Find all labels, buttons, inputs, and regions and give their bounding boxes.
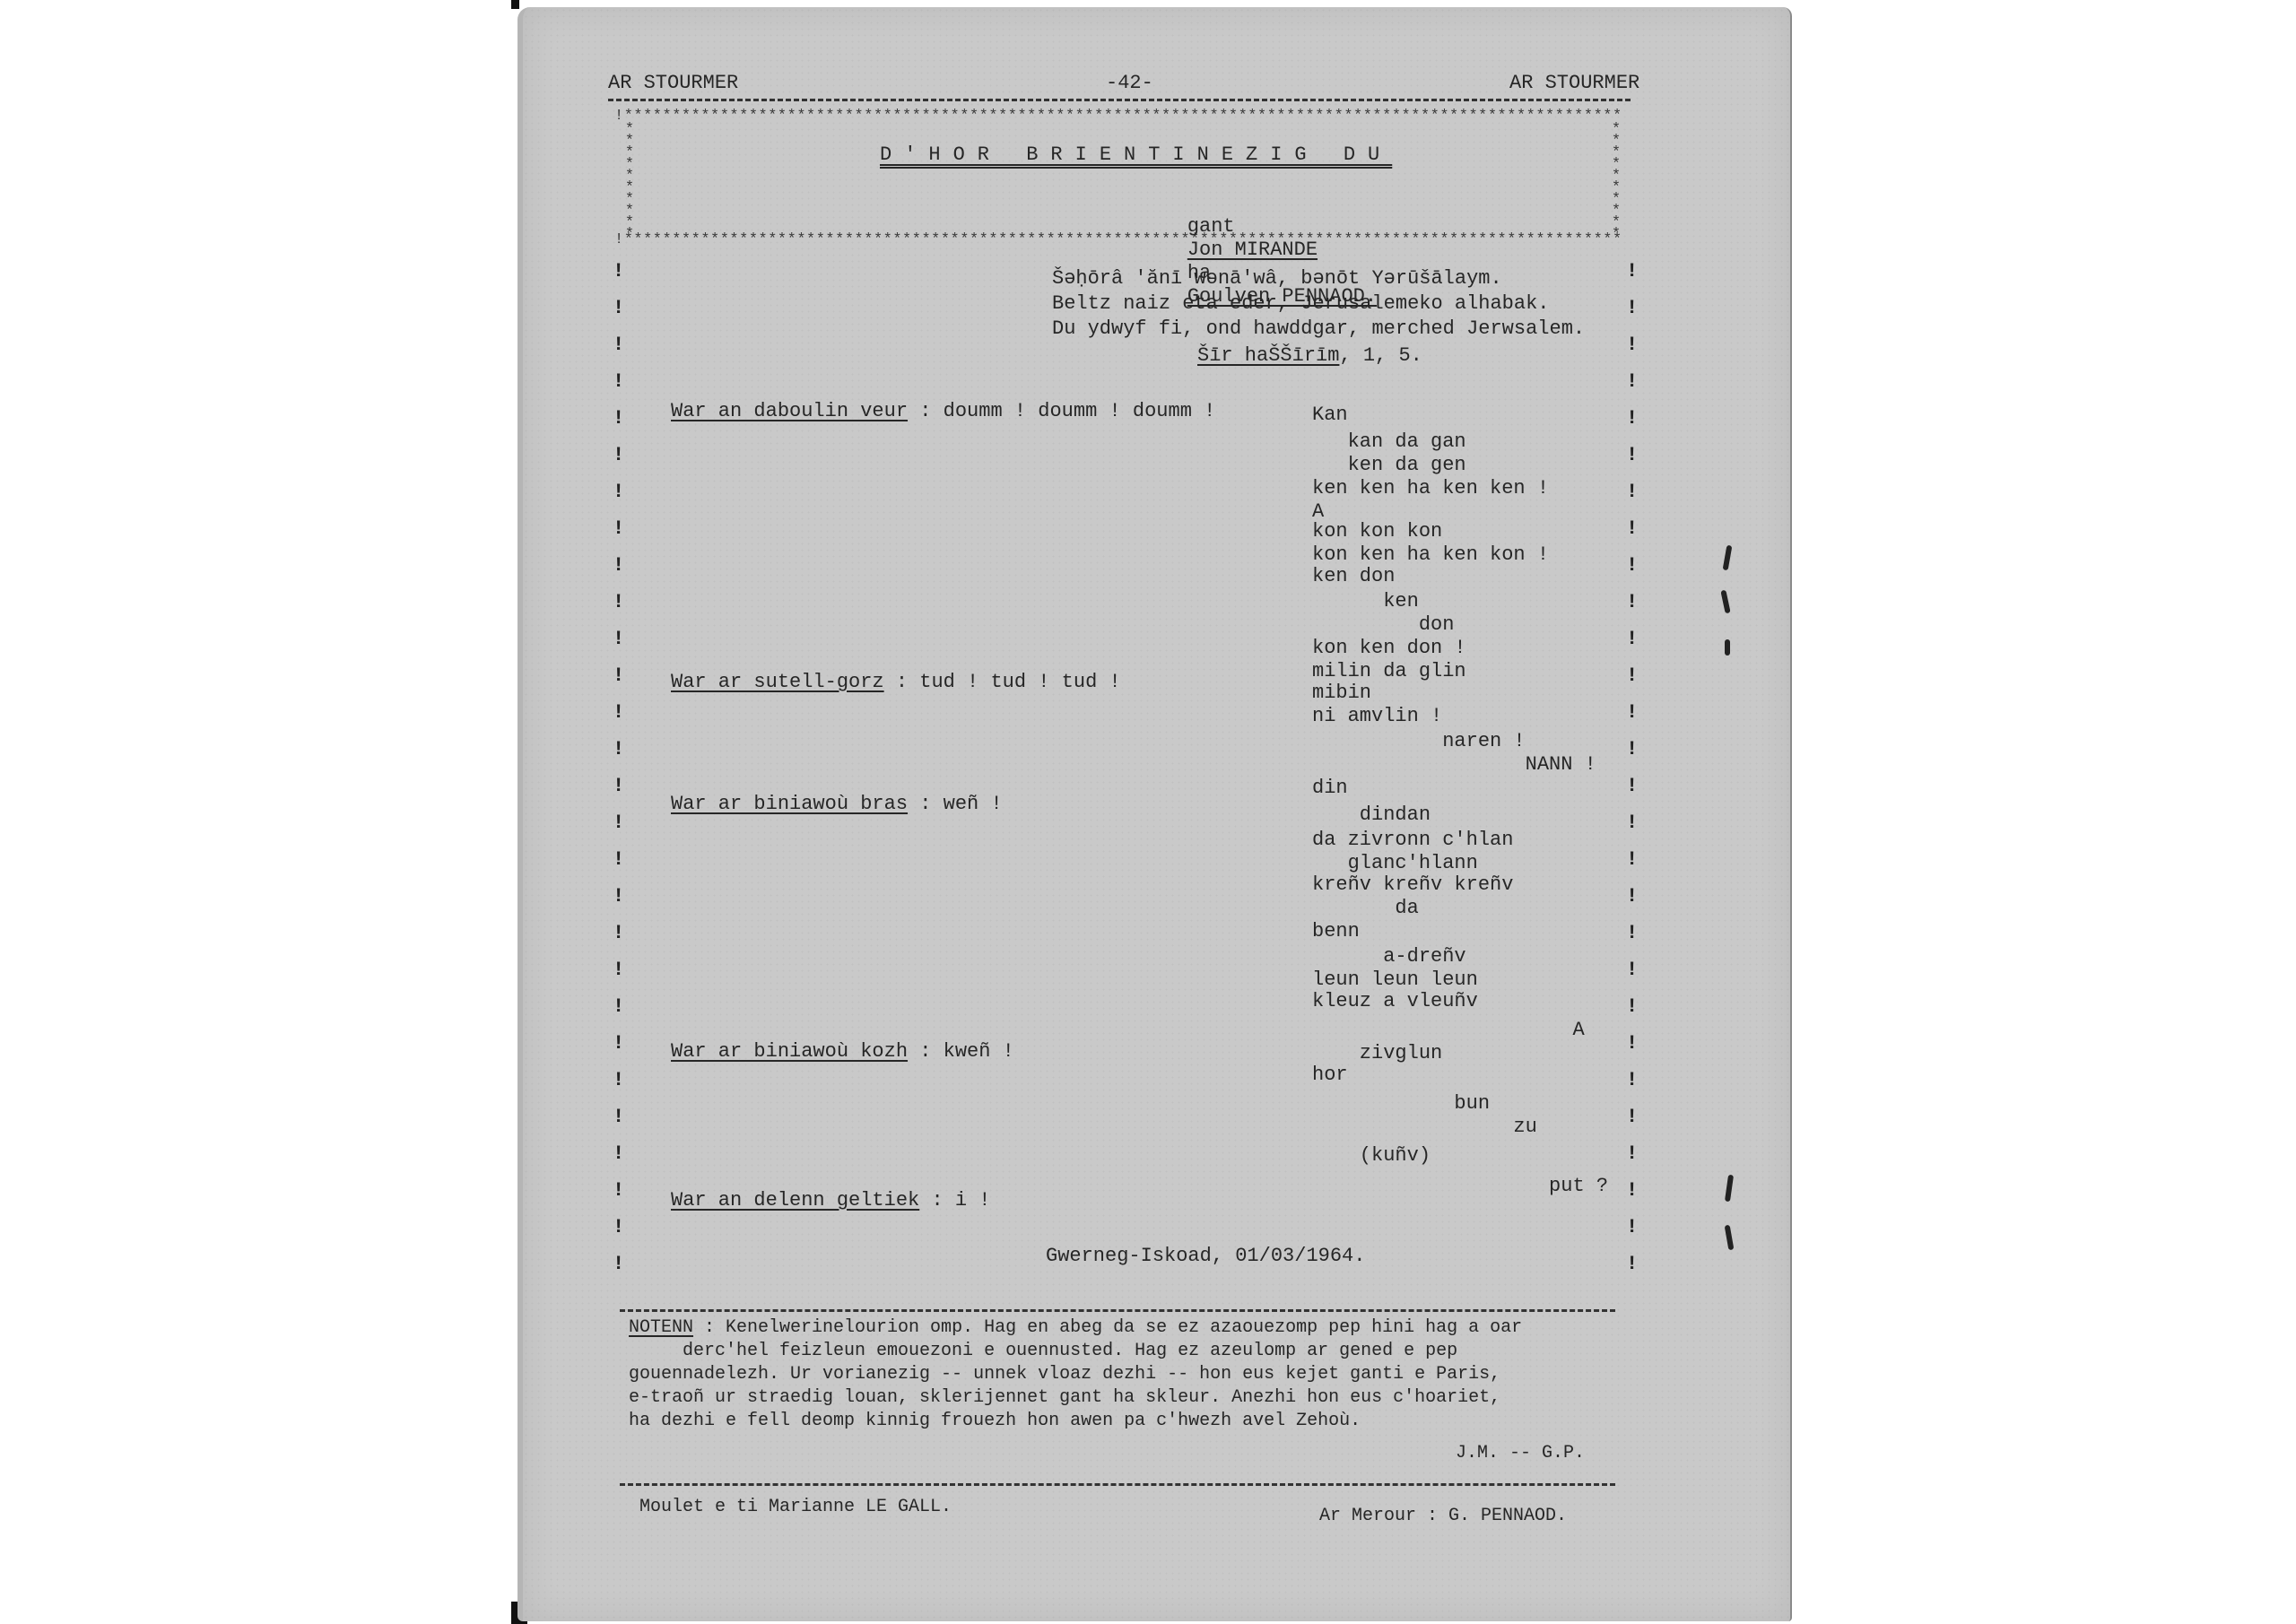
poem-line: bun <box>1312 1092 1490 1116</box>
instrument-line: War an delenn geltiek : i ! <box>671 1189 990 1212</box>
epigraph-line: Du ydwyf fi, ond hawddgar, merched Jerws… <box>1052 317 1585 341</box>
note-initials: J.M. -- G.P. <box>1456 1442 1585 1465</box>
margin-exclamation-mark: ! <box>613 775 624 797</box>
margin-exclamation-mark: ! <box>1626 628 1638 650</box>
title-box-top-border: !***************************************… <box>614 108 1623 125</box>
margin-exclamation-mark: ! <box>1626 1179 1638 1202</box>
author-1: Jon MIRANDE <box>1187 239 1318 261</box>
poem-line: kreñv kreñv kreñv <box>1312 873 1513 897</box>
page-number: -42- <box>1106 72 1153 95</box>
margin-exclamation-mark: ! <box>1626 297 1638 319</box>
margin-exclamation-mark: ! <box>1626 1106 1638 1128</box>
margin-exclamation-mark: ! <box>1626 701 1638 724</box>
note-top-rule <box>620 1309 1615 1312</box>
note-line: ha dezhi e fell deomp kinnig frouezh hon… <box>629 1410 1361 1433</box>
poem-line: ni amvlin ! <box>1312 705 1442 728</box>
manager-credit: Ar Merour : G. PENNAOD. <box>1319 1505 1567 1528</box>
margin-exclamation-mark: ! <box>1626 554 1638 577</box>
staple-mark <box>1725 639 1730 656</box>
poem-line: ken <box>1312 590 1419 613</box>
instrument-line: War ar biniawoù kozh : kweñ ! <box>671 1040 1014 1064</box>
note-line: gouennadelezh. Ur vorianezig -- unnek vl… <box>629 1363 1500 1386</box>
margin-exclamation-mark: ! <box>613 812 624 834</box>
instrument-label: War an daboulin veur <box>671 400 908 422</box>
margin-exclamation-mark: ! <box>613 995 624 1018</box>
epigraph-source: Šīr haŠŠīrīm, 1, 5. <box>1197 344 1422 368</box>
note-line: NOTENN : Kenelwerinelourion omp. Hag en … <box>629 1316 1522 1340</box>
margin-exclamation-mark: ! <box>613 1032 624 1055</box>
margin-exclamation-mark: ! <box>1626 664 1638 687</box>
margin-exclamation-mark: ! <box>613 664 624 687</box>
poem-line: put ? <box>1312 1175 1608 1198</box>
margin-exclamation-mark: ! <box>613 554 624 577</box>
poem-line: ken ken ha ken ken ! <box>1312 477 1549 500</box>
staple-mark <box>1725 1225 1735 1251</box>
margin-exclamation-mark: ! <box>1626 812 1638 834</box>
title-box-left-border: * * * * * * * * * * <box>622 124 638 230</box>
instrument-sound: : weñ ! <box>908 793 1003 815</box>
margin-exclamation-mark: ! <box>613 701 624 724</box>
margin-exclamation-mark: ! <box>1626 1032 1638 1055</box>
poem-line: (kuñv) <box>1312 1144 1431 1168</box>
margin-exclamation-mark: ! <box>1626 481 1638 503</box>
note-line: e-traoñ ur straedig louan, sklerijennet … <box>629 1386 1500 1410</box>
epigraph-source-title: Šīr haŠŠīrīm <box>1197 344 1339 367</box>
byline-prefix: gant <box>1187 215 1235 238</box>
poem-line: A <box>1312 1019 1585 1042</box>
margin-exclamation-mark: ! <box>613 444 624 466</box>
poem-line: da zivronn c'hlan <box>1312 829 1513 852</box>
margin-exclamation-mark: ! <box>613 738 624 760</box>
epigraph-source-ref: , 1, 5. <box>1339 344 1422 367</box>
poem-line: a-dreñv <box>1312 945 1466 968</box>
margin-exclamation-mark: ! <box>613 1142 624 1165</box>
poem-line: mibin <box>1312 682 1371 705</box>
instrument-label: War an delenn geltiek <box>671 1189 919 1211</box>
margin-exclamation-mark: ! <box>1626 517 1638 540</box>
margin-exclamation-mark: ! <box>613 1106 624 1128</box>
margin-exclamation-mark: ! <box>1626 885 1638 908</box>
margin-exclamation-mark: ! <box>613 481 624 503</box>
poem-line: Kan <box>1312 404 1348 427</box>
margin-exclamation-mark: ! <box>613 517 624 540</box>
margin-exclamation-mark: ! <box>613 260 624 282</box>
place-date: Gwerneg-Iskoad, 01/03/1964. <box>1046 1245 1365 1268</box>
instrument-line: War ar sutell-gorz : tud ! tud ! tud ! <box>671 671 1121 694</box>
margin-exclamation-mark: ! <box>1626 260 1638 282</box>
instrument-sound: : kweñ ! <box>908 1040 1014 1063</box>
poem-line: benn <box>1312 920 1360 943</box>
poem-line: milin da glin <box>1312 660 1466 683</box>
margin-exclamation-mark: ! <box>613 370 624 393</box>
poem-line: don <box>1312 613 1454 637</box>
margin-exclamation-mark: ! <box>613 334 624 356</box>
poem-line: leun leun leun <box>1312 968 1478 992</box>
margin-exclamation-mark: ! <box>1626 959 1638 981</box>
note-text: : Kenelwerinelourion omp. Hag en abeg da… <box>693 1317 1522 1338</box>
margin-exclamation-mark: ! <box>613 922 624 944</box>
poem-line: din <box>1312 777 1348 800</box>
poem-title: D'HOR BRIENTINEZIG DU <box>880 143 1392 167</box>
margin-exclamation-mark: ! <box>1626 407 1638 430</box>
staple-mark <box>1720 590 1730 614</box>
margin-exclamation-mark: ! <box>613 1253 624 1275</box>
title-box-bottom-border: !***************************************… <box>614 231 1623 248</box>
poem-line: zivglun <box>1312 1042 1442 1065</box>
epigraph-line: Beltz naiz eta eder, Jerusalemeko alhaba… <box>1052 292 1550 316</box>
header-rule <box>608 99 1631 101</box>
header-right: AR STOURMER <box>1509 72 1639 95</box>
instrument-line: War an daboulin veur : doumm ! doumm ! d… <box>671 400 1215 423</box>
instrument-sound: : tud ! tud ! tud ! <box>884 671 1121 693</box>
margin-exclamation-mark: ! <box>1626 370 1638 393</box>
epigraph-line: Šəḥōrâ 'ănī wənā'wâ, bənōt Yərūšālaym. <box>1052 267 1502 291</box>
instrument-line: War ar biniawoù bras : weñ ! <box>671 793 1003 816</box>
margin-exclamation-mark: ! <box>613 959 624 981</box>
margin-exclamation-mark: ! <box>1626 775 1638 797</box>
poem-line: dindan <box>1312 803 1431 827</box>
margin-exclamation-mark: ! <box>1626 922 1638 944</box>
margin-exclamation-mark: ! <box>613 1179 624 1202</box>
margin-exclamation-mark: ! <box>613 1069 624 1091</box>
poem-line: glanc'hlann <box>1312 852 1478 875</box>
instrument-label: War ar sutell-gorz <box>671 671 884 693</box>
margin-exclamation-mark: ! <box>1626 444 1638 466</box>
margin-exclamation-mark: ! <box>613 848 624 871</box>
margin-exclamation-mark: ! <box>613 885 624 908</box>
poem-line: zu <box>1312 1116 1537 1139</box>
title-box-right-border: * * * * * * * * * * <box>1608 124 1624 230</box>
margin-exclamation-mark: ! <box>1626 1216 1638 1238</box>
poem-line: ken da gen <box>1312 454 1466 477</box>
margin-exclamation-mark: ! <box>613 1216 624 1238</box>
poem-line: kon kon kon <box>1312 520 1442 543</box>
poem-line: kon ken ha ken kon ! <box>1312 543 1549 567</box>
header-left: AR STOURMER <box>608 72 738 95</box>
poem-line: NANN ! <box>1312 753 1596 777</box>
staple-mark <box>1723 545 1733 571</box>
scan-corner-mark-top <box>511 0 519 9</box>
printer-credit: Moulet e ti Marianne LE GALL. <box>639 1496 952 1519</box>
margin-exclamation-mark: ! <box>613 297 624 319</box>
margin-exclamation-mark: ! <box>1626 591 1638 613</box>
margin-exclamation-mark: ! <box>1626 848 1638 871</box>
margin-exclamation-mark: ! <box>1626 995 1638 1018</box>
instrument-sound: : i ! <box>919 1189 990 1211</box>
note-label: NOTENN <box>629 1317 693 1338</box>
margin-exclamation-mark: ! <box>613 407 624 430</box>
margin-exclamation-mark: ! <box>1626 334 1638 356</box>
poem-line: kleuz a vleuñv <box>1312 990 1478 1013</box>
poem-line: naren ! <box>1312 730 1526 753</box>
margin-exclamation-mark: ! <box>1626 1253 1638 1275</box>
footer-rule <box>620 1483 1615 1486</box>
document-page: AR STOURMER -42- AR STOURMER !**********… <box>517 7 1792 1621</box>
margin-exclamation-mark: ! <box>613 628 624 650</box>
staple-mark <box>1725 1175 1734 1203</box>
note-line: derc'hel feizleun emouezoni e ouennusted… <box>629 1340 1457 1363</box>
margin-exclamation-mark: ! <box>1626 1142 1638 1165</box>
poem-line: kon ken don ! <box>1312 637 1466 660</box>
poem-line: kan da gan <box>1312 430 1466 454</box>
instrument-label: War ar biniawoù kozh <box>671 1040 908 1063</box>
instrument-label: War ar biniawoù bras <box>671 793 908 815</box>
margin-exclamation-mark: ! <box>1626 1069 1638 1091</box>
margin-exclamation-mark: ! <box>1626 738 1638 760</box>
poem-line: da <box>1312 897 1419 920</box>
poem-line: ken don <box>1312 565 1395 588</box>
poem-line: hor <box>1312 1064 1348 1087</box>
instrument-sound: : doumm ! doumm ! doumm ! <box>908 400 1215 422</box>
margin-exclamation-mark: ! <box>613 591 624 613</box>
